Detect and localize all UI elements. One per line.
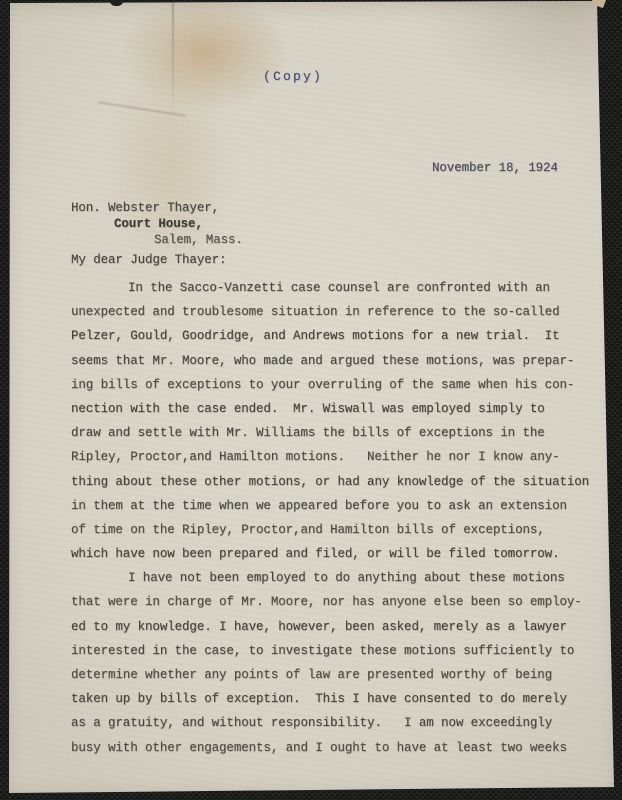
recipient-building: Court House, [71,216,243,232]
paragraph-2: I have not been employed to do anything … [71,566,611,760]
body-line: interested in the case, to investigate t… [71,639,611,663]
body-line: ed to my knowledge. I have, however, bee… [71,615,611,639]
letter-body: In the Sacco-Vanzetti case counsel are c… [71,276,611,760]
body-line: determine whether any points of law are … [71,663,611,687]
body-line: draw and settle with Mr. Williams the bi… [71,421,611,445]
body-line: which have now been prepared and filed, … [71,542,611,566]
recipient-address: Hon. Webster Thayer, Court House, Salem,… [71,200,243,248]
paper-crease-vertical [172,0,174,118]
body-line: Pelzer, Gould, Goodridge, and Andrews mo… [71,324,611,348]
body-line: thing about these other motions, or had … [71,470,611,494]
body-line: in them at the time when we appeared bef… [71,494,611,518]
body-line: unexpected and troublesome situation in … [71,300,611,324]
body-line: In the Sacco-Vanzetti case counsel are c… [71,276,611,300]
body-line: busy with other engagements, and I ought… [71,736,611,760]
body-line: seems that Mr. Moore, who made and argue… [71,349,611,373]
date-line: November 18, 1924 [432,160,558,176]
body-line: nection with the case ended. Mr. Wiswall… [71,397,611,421]
body-line: that were in charge of Mr. Moore, nor ha… [71,590,611,614]
salutation: My dear Judge Thayer: [71,252,226,268]
body-line: of time on the Ripley, Proctor,and Hamil… [71,518,611,542]
paragraph-1: In the Sacco-Vanzetti case counsel are c… [71,276,611,566]
body-line: I have not been employed to do anything … [71,566,611,590]
body-line: Ripley, Proctor,and Hamilton motions. Ne… [71,445,611,469]
recipient-name: Hon. Webster Thayer, [71,200,243,216]
letter-paper: (Copy) November 18, 1924 Hon. Webster Th… [0,0,622,800]
body-line: as a gratuity, and without responsibilit… [71,711,611,735]
body-line: taken up by bills of exception. This I h… [71,687,611,711]
body-line: ing bills of exceptions to your overruli… [71,373,611,397]
copy-stamp: (Copy) [263,69,323,85]
recipient-city: Salem, Mass. [71,232,243,248]
scanned-letter-page: (Copy) November 18, 1924 Hon. Webster Th… [0,0,622,800]
